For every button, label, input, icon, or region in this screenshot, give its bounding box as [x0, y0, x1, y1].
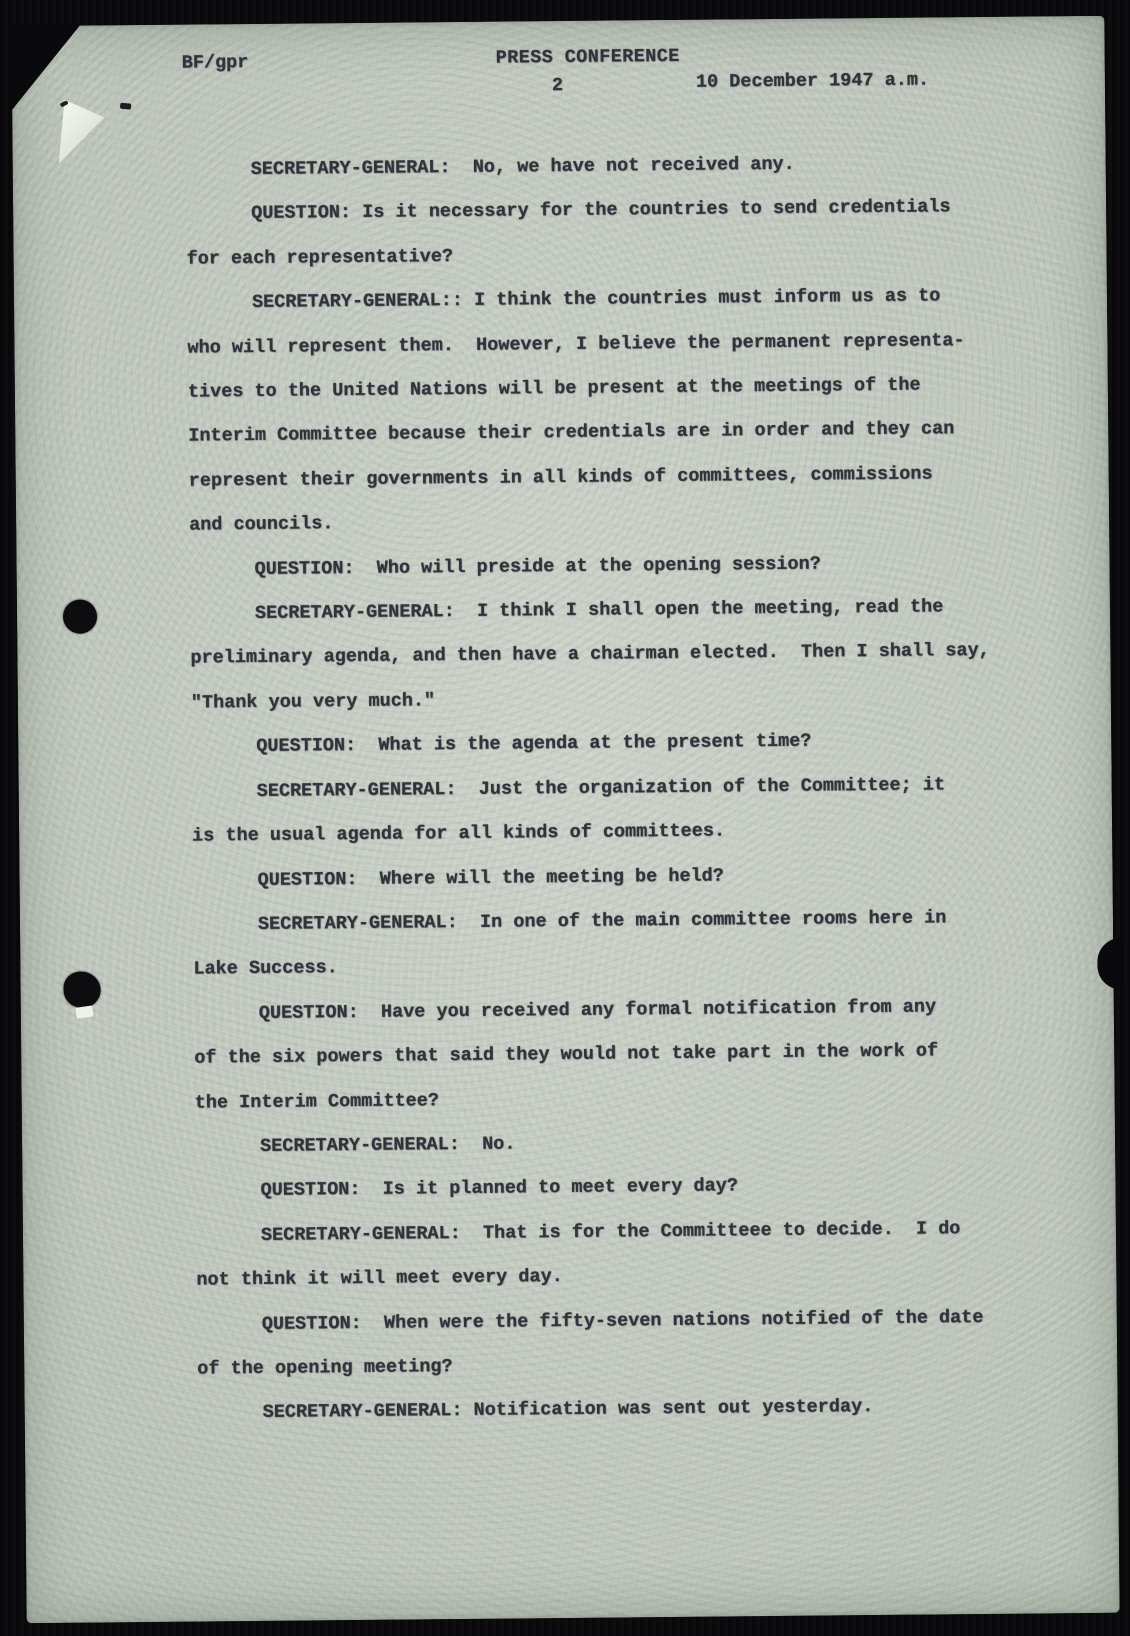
- punch-hole-top: [63, 599, 97, 633]
- header-date: 10 December 1947 a.m.: [696, 69, 929, 92]
- transcript-paragraph: SECRETARY-GENERAL:: I think the countrie…: [187, 274, 1012, 548]
- transcript-paragraph: SECRETARY-GENERAL: In one of the main co…: [193, 896, 1016, 993]
- transcript-paragraph: QUESTION: Is it planned to meet every da…: [195, 1162, 1017, 1214]
- transcript-paragraph: SECRETARY-GENERAL: I think I shall open …: [190, 585, 1013, 726]
- ink-speck: [120, 103, 132, 110]
- transcript-paragraph: SECRETARY-GENERAL: Just the organization…: [192, 762, 1015, 859]
- scan-bed: { "colors": { "paper": "#c6cdc3", "ink":…: [0, 0, 1130, 1636]
- transcript: SECRETARY-GENERAL: No, we have not recei…: [186, 141, 1020, 1437]
- clipped-corner-artifact: [9, 24, 82, 113]
- transcript-paragraph: SECRETARY-GENERAL: Notification was sent…: [197, 1384, 1019, 1436]
- document-page: BF/gpr PRESS CONFERENCE 2 10 December 19…: [11, 16, 1119, 1623]
- transcript-paragraph: SECRETARY-GENERAL: No.: [195, 1118, 1017, 1170]
- transcript-paragraph: QUESTION: When were the fifty-seven nati…: [197, 1295, 1020, 1392]
- transcript-paragraph: QUESTION: Is it necessary for the countr…: [186, 185, 1009, 282]
- transcript-paragraph: SECRETARY-GENERAL: No, we have not recei…: [186, 141, 1008, 193]
- transcript-paragraph: QUESTION: Where will the meeting be held…: [192, 851, 1014, 903]
- edge-notch-artifact: [1097, 938, 1121, 990]
- transcript-paragraph: QUESTION: Have you received any formal n…: [194, 984, 1017, 1125]
- torn-paper-chip: [75, 1005, 93, 1018]
- punch-hole-bottom: [63, 971, 100, 1007]
- transcript-paragraph: SECRETARY-GENERAL: That is for the Commi…: [196, 1206, 1019, 1303]
- transcript-paragraph: QUESTION: Who will preside at the openin…: [189, 540, 1011, 592]
- header-title: PRESS CONFERENCE: [496, 46, 680, 69]
- dogear-fold-artifact: [58, 99, 105, 163]
- transcript-paragraph: QUESTION: What is the agenda at the pres…: [191, 718, 1013, 770]
- header-author-code: BF/gpr: [182, 52, 249, 74]
- header-page-number: 2: [552, 75, 563, 96]
